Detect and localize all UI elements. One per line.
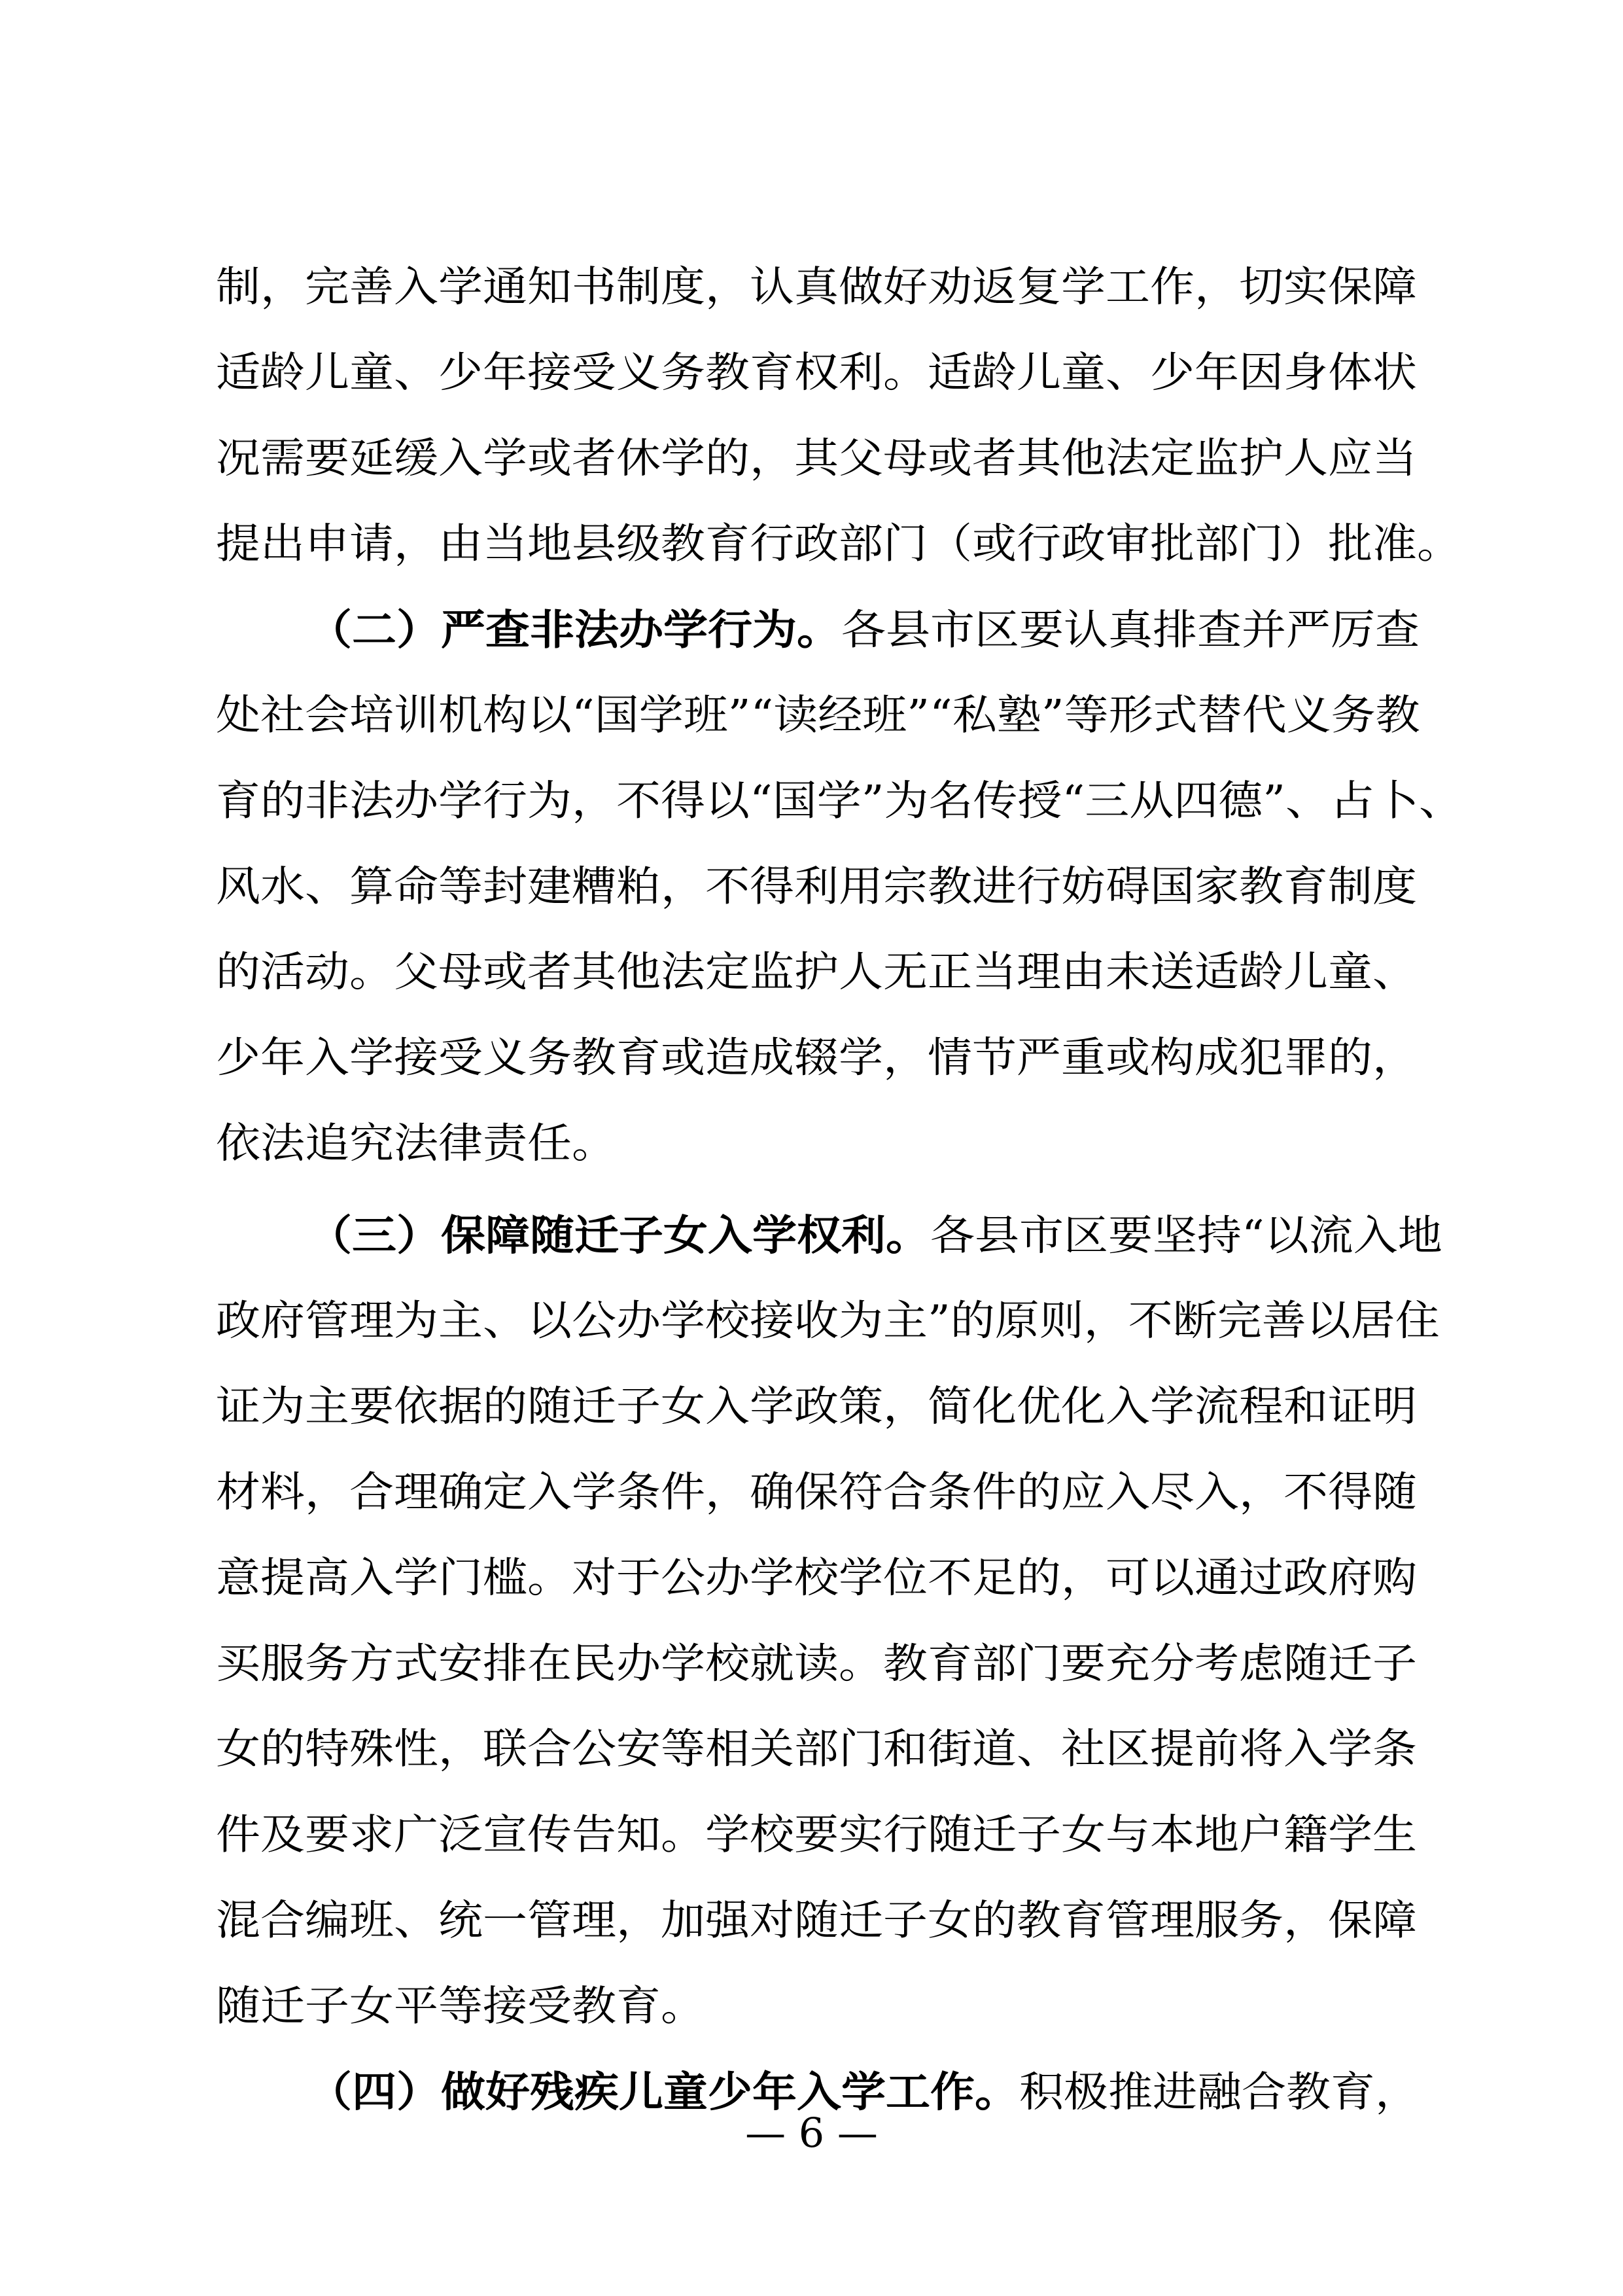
text-line: 的活动。父母或者其他法定监护人无正当理由未送适龄儿童、 [216, 936, 1413, 1010]
text-line: 意提高入学门槛。对于公办学校学位不足的，可以通过政府购 [216, 1542, 1413, 1615]
text-line: 风水、算命等封建糟粕，不得利用宗教进行妨碍国家教育制度 [216, 851, 1413, 924]
paragraph-first-line: （二）严查非法办学行为。各县市区要认真排查并严厉查 [307, 593, 1413, 667]
text-line: 女的特殊性，联合公安等相关部门和街道、社区提前将入学条 [216, 1713, 1413, 1786]
text-line: 依法追究法律责任。 [216, 1107, 1413, 1180]
text-line: 少年入学接受义务教育或造成辍学，情节严重或构成犯罪的， [216, 1021, 1413, 1095]
document-page: 制，完善入学通知书制度，认真做好劝返复学工作，切实保障 适龄儿童、少年接受义务教… [0, 0, 1623, 2147]
paragraph-first-line: （三）保障随迁子女入学权利。各县市区要坚持“以流入地 [307, 1199, 1413, 1273]
text-run: 各县市区要坚持“以流入地 [930, 1212, 1442, 1260]
text-line: 随迁子女平等接受教育。 [216, 1970, 1413, 2043]
section-heading: （二）严查非法办学行为。 [307, 606, 841, 655]
page-number: — 6 — [0, 2100, 1623, 2166]
text-line: 买服务方式安排在民办学校就读。教育部门要充分考虑随迁子 [216, 1627, 1413, 1701]
text-line: 混合编班、统一管理，加强对随迁子女的教育管理服务，保障 [216, 1884, 1413, 1958]
text-line: 处社会培训机构以“国学班”“读经班”“私塾”等形式替代义务教 [216, 679, 1413, 752]
text-line: 材料，合理确定入学条件，确保符合条件的应入尽入，不得随 [216, 1456, 1413, 1529]
text-run: 各县市区要认真排查并严厉查 [841, 607, 1420, 655]
text-line: 件及要求广泛宣传告知。学校要实行随迁子女与本地户籍学生 [216, 1799, 1413, 1872]
text-line: 提出申请，由当地县级教育行政部门（或行政审批部门）批准。 [216, 508, 1413, 581]
text-line: 育的非法办学行为，不得以“国学”为名传授“三从四德”、占卜、 [216, 765, 1413, 838]
text-line: 况需要延缓入学或者休学的，其父母或者其他法定监护人应当 [216, 422, 1413, 495]
section-heading: （三）保障随迁子女入学权利。 [307, 1211, 930, 1260]
text-line: 政府管理为主、以公办学校接收为主”的原则，不断完善以居住 [216, 1285, 1413, 1358]
text-line: 制，完善入学通知书制度，认真做好劝返复学工作，切实保障 [216, 251, 1413, 324]
text-line: 证为主要依据的随迁子女入学政策，简化优化入学流程和证明 [216, 1370, 1413, 1443]
text-line: 适龄儿童、少年接受义务教育权利。适龄儿童、少年因身体状 [216, 336, 1413, 410]
